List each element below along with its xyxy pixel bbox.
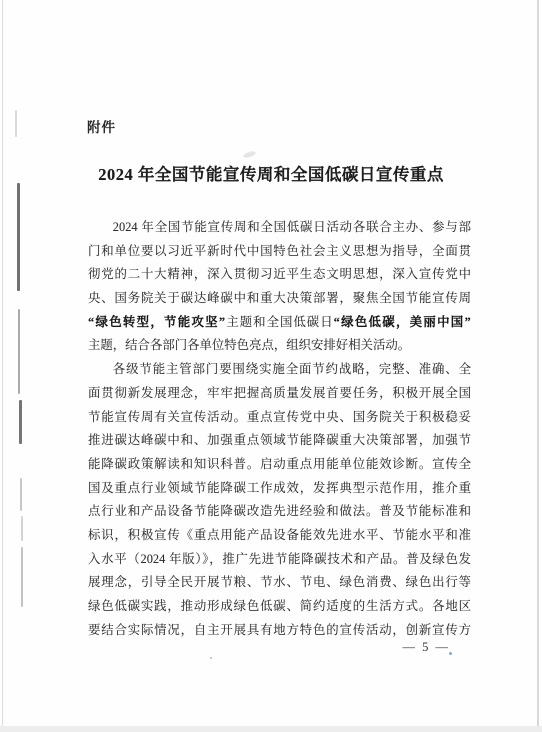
scan-artifact bbox=[17, 183, 20, 291]
paragraph2-line-5: 能降碳政策解读和知识科普。启动重点用能单位能效诊断。宣传全 bbox=[88, 453, 471, 477]
paragraph2-line-4: 推进碳达峰碳中和、加强重点领域节能降碳重大决策部署，加强节 bbox=[88, 429, 471, 453]
scan-smudge bbox=[243, 150, 257, 159]
page-bottom-edge bbox=[0, 726, 542, 732]
scan-artifact bbox=[21, 516, 23, 541]
paragraph2-line-9: 入水平（2024 年版）》，推广先进节能降碳技术和产品。普及绿色发 bbox=[88, 548, 471, 572]
scan-artifact bbox=[19, 400, 22, 444]
attachment-label: 附件 bbox=[87, 116, 116, 136]
paragraph1-line-6: 主题，结合各部门各单位特色亮点，组织安排好相关活动。 bbox=[88, 334, 471, 358]
scan-artifact bbox=[20, 478, 22, 511]
paragraph2-line-7: 点行业和产品设备节能降碳改造先进经验和做法。普及节能标准和 bbox=[88, 500, 471, 524]
paragraph1-line-4: 央、国务院关于碳达峰碳中和重大决策部署，聚焦全国节能宣传周 bbox=[88, 287, 471, 311]
paragraph1-line-5: “绿色转型，节能攻坚”主题和全国低碳日“绿色低碳，美丽中国” bbox=[88, 311, 471, 335]
scan-artifact bbox=[18, 309, 20, 394]
theme-text-energy-week: “绿色转型，节能攻坚” bbox=[88, 315, 225, 329]
page-left-edge bbox=[2, 0, 3, 732]
paragraph2-line-2: 面贯彻新发展理念，牢牢把握高质量发展首要任务，积极开展全国 bbox=[88, 382, 471, 406]
paragraph1-line-5-mid: 主题和全国低碳日 bbox=[225, 315, 333, 329]
paragraph2-line-8: 标识，积极宣传《重点用能产品设备能效先进水平、节能水平和准 bbox=[88, 524, 471, 548]
theme-text-low-carbon-day: “绿色低碳，美丽中国” bbox=[334, 315, 471, 329]
page-right-edge bbox=[537, 0, 539, 732]
paragraph2-line-1: 各级节能主管部门要围绕实施全面节约战略，完整、准确、全 bbox=[88, 358, 471, 382]
document-body: 2024 年全国节能宣传周和全国低碳日活动各联合主办、参与部 门和单位要以习近平… bbox=[88, 216, 471, 642]
paragraph2-line-12: 要结合实际情况，自主开展具有地方特色的宣传活动，创新宣传方 bbox=[88, 619, 471, 643]
paragraph2-line-3: 节能宣传周有关宣传活动。重点宣传党中央、国务院关于积极稳妥 bbox=[88, 406, 471, 430]
paragraph2-line-11: 绿色低碳实践，推动形成绿色低碳、简约适度的生活方式。各地区 bbox=[88, 595, 471, 619]
paragraph2-line-6: 国及重点行业领域节能降碳工作成效，发挥典型示范作用，推介重 bbox=[88, 477, 471, 501]
page-number: — 5 — bbox=[403, 640, 451, 655]
paragraph2-line-10: 展理念，引导全民开展节粮、节水、节电、绿色消费、绿色出行等 bbox=[88, 571, 471, 595]
paragraph1-line-1: 2024 年全国节能宣传周和全国低碳日活动各联合主办、参与部 bbox=[88, 216, 471, 240]
scan-artifact bbox=[21, 547, 23, 607]
scanned-page: 附件 2024 年全国节能宣传周和全国低碳日宣传重点 2024 年全国节能宣传周… bbox=[0, 0, 542, 732]
document-title: 2024 年全国节能宣传周和全国低碳日宣传重点 bbox=[0, 161, 542, 185]
scan-artifact bbox=[15, 110, 17, 137]
paragraph1-line-2: 门和单位要以习近平新时代中国特色社会主义思想为指导，全面贯 bbox=[88, 240, 471, 264]
ink-speck bbox=[210, 657, 212, 659]
paragraph1-line-3: 彻党的二十大精神，深入贯彻习近平生态文明思想，深入宣传党中 bbox=[88, 263, 471, 287]
